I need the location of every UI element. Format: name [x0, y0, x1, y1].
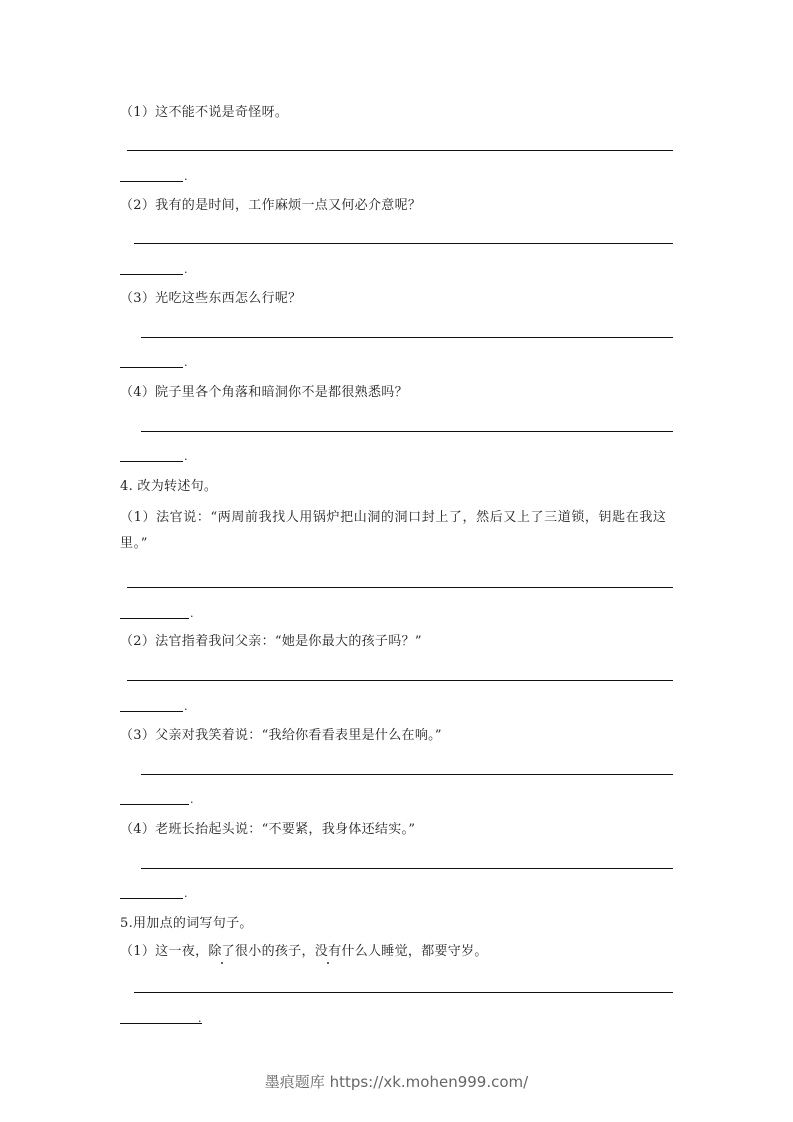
answer-line-3-3[interactable] [141, 337, 673, 338]
section-5-heading: 5.用加点的词写句子。 [120, 916, 253, 932]
answer-line-4-1-tail[interactable] [120, 618, 189, 619]
answer-line-3-4-tail[interactable] [120, 461, 183, 462]
question-4-4: （4）老班长抬起头说：“不要紧，我身体还结实。” [120, 822, 415, 838]
question-5-1-mid: 很小的孩子， [235, 944, 315, 959]
period-4-3: . [190, 795, 194, 805]
question-5-1: （1）这一夜，除了很小的孩子，没有什么人睡觉，都要守岁。 [120, 944, 488, 960]
emphasized-word-meiyou: 没有 [315, 944, 342, 960]
question-3-3: （3）光吃这些东西怎么行呢？ [120, 291, 301, 307]
question-3-1: （1）这不能不说是奇怪呀。 [120, 105, 288, 121]
question-4-1: （1）法官说：“两周前我找人用锅炉把山洞的洞口封上了，然后又上了三道锁，钥匙在我… [120, 505, 675, 557]
question-5-1-pre: （1）这一夜， [120, 944, 208, 959]
answer-line-3-1[interactable] [127, 150, 673, 151]
period-3-4: . [184, 452, 188, 462]
period-3-3: . [184, 358, 188, 368]
answer-line-4-3-tail[interactable] [120, 804, 189, 805]
question-3-2: （2）我有的是时间，工作麻烦一点又何必介意呢？ [120, 198, 421, 214]
section-4-heading: 4. 改为转述句。 [120, 479, 217, 495]
answer-line-4-2[interactable] [127, 680, 673, 681]
period-5-1: . [198, 1014, 202, 1024]
answer-line-3-2-tail[interactable] [120, 274, 183, 275]
answer-line-4-4-tail[interactable] [120, 898, 183, 899]
question-4-2: （2）法官指着我问父亲：“她是你最大的孩子吗？” [120, 634, 422, 650]
answer-line-3-4[interactable] [141, 431, 673, 432]
answer-line-4-4[interactable] [141, 868, 673, 869]
period-4-4: . [184, 889, 188, 899]
answer-line-4-1[interactable] [127, 587, 673, 588]
period-3-2: . [184, 265, 188, 275]
answer-line-4-3[interactable] [141, 774, 673, 775]
period-3-1: . [184, 172, 188, 182]
question-5-1-post: 什么人睡觉，都要守岁。 [341, 944, 487, 959]
answer-line-5-1[interactable] [134, 992, 673, 993]
answer-line-3-3-tail[interactable] [120, 367, 183, 368]
watermark-footer: 墨痕题库 https://xk.mohen999.com/ [0, 1071, 793, 1092]
answer-line-4-2-tail[interactable] [120, 711, 183, 712]
question-3-4: （4）院子里各个角落和暗洞你不是都很熟悉吗？ [120, 385, 408, 401]
answer-line-5-1-tail[interactable] [120, 1023, 202, 1024]
emphasized-word-chule: 除了 [208, 944, 235, 960]
answer-line-3-1-tail[interactable] [120, 181, 183, 182]
question-4-3: （3）父亲对我笑着说：“我给你看看表里是什么在响。” [120, 728, 442, 744]
period-4-2: . [184, 702, 188, 712]
answer-line-3-2[interactable] [134, 243, 673, 244]
period-4-1: . [190, 609, 194, 619]
